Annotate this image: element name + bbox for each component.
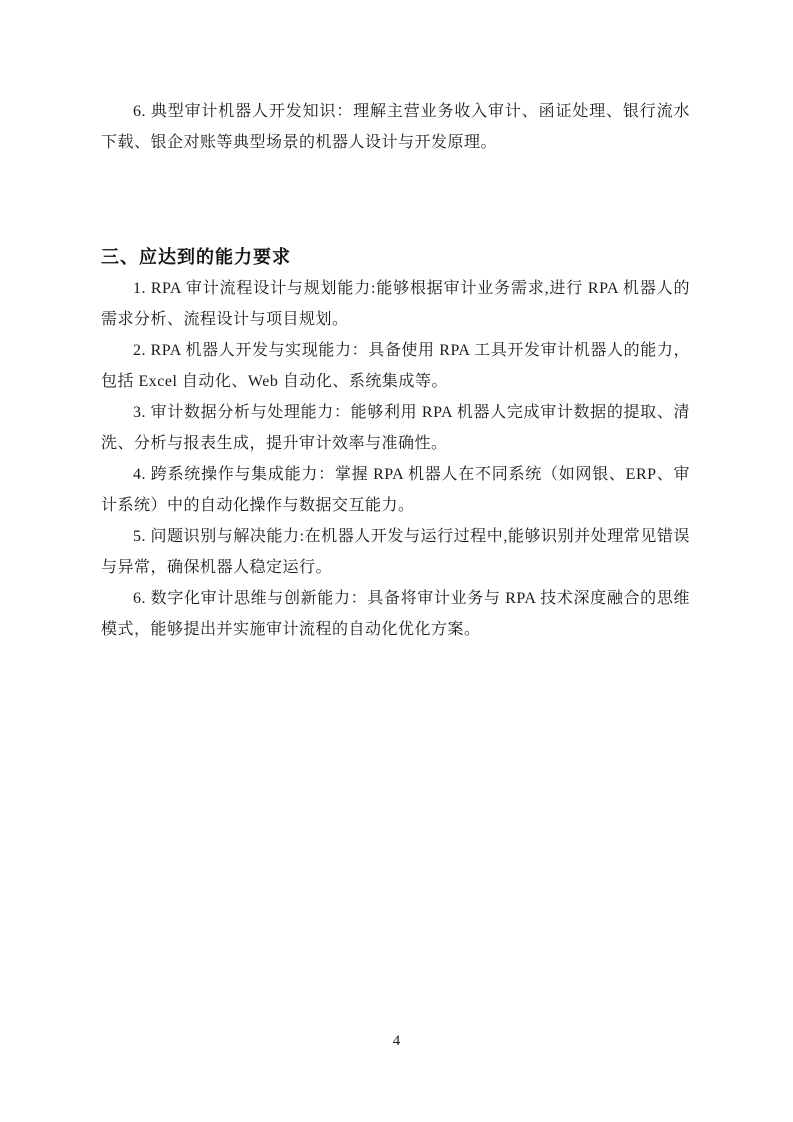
capability-item-3: 3. 审计数据分析与处理能力：能够利用 RPA 机器人完成审计数据的提取、清洗、… (101, 397, 690, 459)
page-content: 6. 典型审计机器人开发知识：理解主营业务收入审计、函证处理、银行流水下载、银企… (101, 96, 690, 645)
document-page: 6. 典型审计机器人开发知识：理解主营业务收入审计、函证处理、银行流水下载、银企… (0, 0, 793, 1122)
capability-item-1: 1. RPA 审计流程设计与规划能力:能够根据审计业务需求,进行 RPA 机器人… (101, 273, 690, 335)
section-heading: 三、应达到的能力要求 (101, 241, 690, 273)
carryover-paragraph: 6. 典型审计机器人开发知识：理解主营业务收入审计、函证处理、银行流水下载、银企… (101, 96, 690, 158)
capability-item-6: 6. 数字化审计思维与创新能力：具备将审计业务与 RPA 技术深度融合的思维模式… (101, 583, 690, 645)
capability-item-2: 2. RPA 机器人开发与实现能力：具备使用 RPA 工具开发审计机器人的能力，… (101, 335, 690, 397)
page-number: 4 (0, 1032, 793, 1050)
capability-item-4: 4. 跨系统操作与集成能力：掌握 RPA 机器人在不同系统（如网银、ERP、审计… (101, 459, 690, 521)
capability-item-5: 5. 问题识别与解决能力:在机器人开发与运行过程中,能够识别并处理常见错误与异常… (101, 521, 690, 583)
